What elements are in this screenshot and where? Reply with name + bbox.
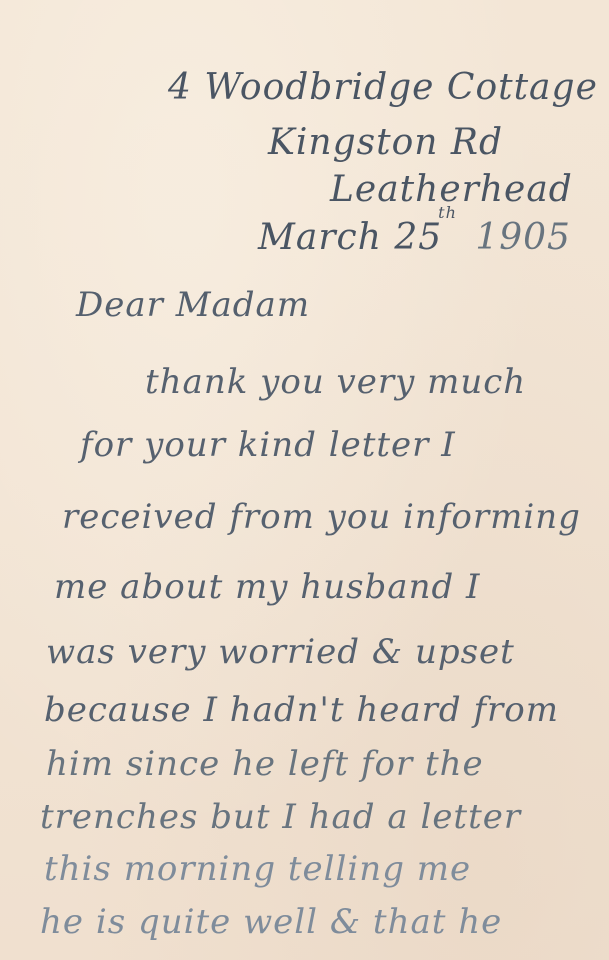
body-line-10: he is quite well & that he: [40, 905, 502, 939]
date-day: 25: [394, 217, 442, 258]
address-line-2: Kingston Rd: [268, 125, 503, 161]
body-line-5: was very worried & upset: [46, 635, 515, 669]
letter-date: March 25th 1905: [258, 220, 571, 256]
date-month: March: [258, 217, 382, 258]
address-line-1: 4 Woodbridge Cottage: [168, 70, 598, 106]
body-line-7: him since he left for the: [46, 747, 484, 781]
date-year: 1905: [475, 217, 571, 258]
body-line-3: received from you informing: [62, 500, 581, 534]
date-ordinal: th: [438, 203, 457, 222]
body-line-4: me about my husband I: [54, 570, 480, 604]
body-line-1: thank you very much: [145, 365, 526, 399]
salutation: Dear Madam: [76, 288, 310, 322]
body-line-2: for your kind letter I: [80, 428, 456, 462]
body-line-8: trenches but I had a letter: [40, 800, 521, 834]
body-line-9: this morning telling me: [44, 852, 471, 886]
letter-page: 4 Woodbridge Cottage Kingston Rd Leather…: [0, 0, 609, 960]
body-line-6: because I hadn't heard from: [44, 693, 559, 727]
